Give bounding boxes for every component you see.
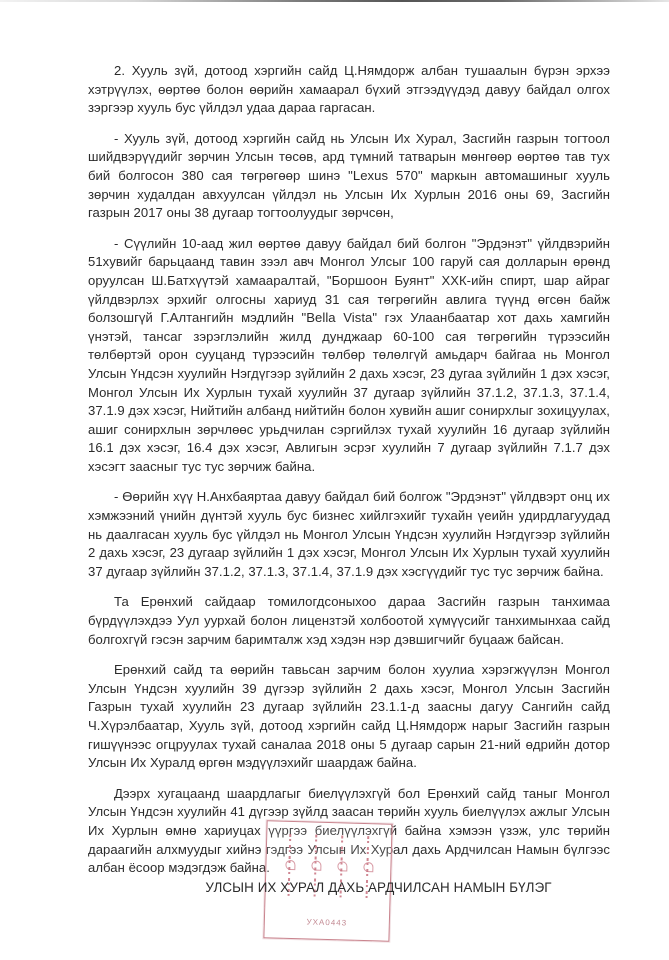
paragraph-6: Ерөнхий сайд та өөрийн тавьсан зарчим бо… (88, 661, 610, 773)
paragraph-5: Та Ерөнхий сайдаар томилогдсоныхоо дараа… (88, 593, 610, 649)
paragraph-1: 2. Хууль зүй, дотоод хэргийн сайд Ц.Нямд… (88, 62, 610, 118)
signature-line: УЛСЫН ИХ ХУРАЛ ДАХЬ АРДЧИЛСАН НАМЫН БҮЛЭ… (0, 880, 669, 895)
paragraph-4: - Өөрийн хүү Н.Анхбаяртаа давуу байдал б… (88, 488, 610, 581)
paragraph-2: - Хууль зүй, дотоод хэргийн сайд нь Улсы… (88, 130, 610, 223)
scan-top-edge (0, 0, 669, 2)
paragraph-3: - Сүүлийн 10-аад жил өөртөө давуу байдал… (88, 235, 610, 477)
stamp-code: УХА0443 (265, 916, 389, 928)
document-body: 2. Хууль зүй, дотоод хэргийн сайд Ц.Нямд… (88, 62, 610, 890)
